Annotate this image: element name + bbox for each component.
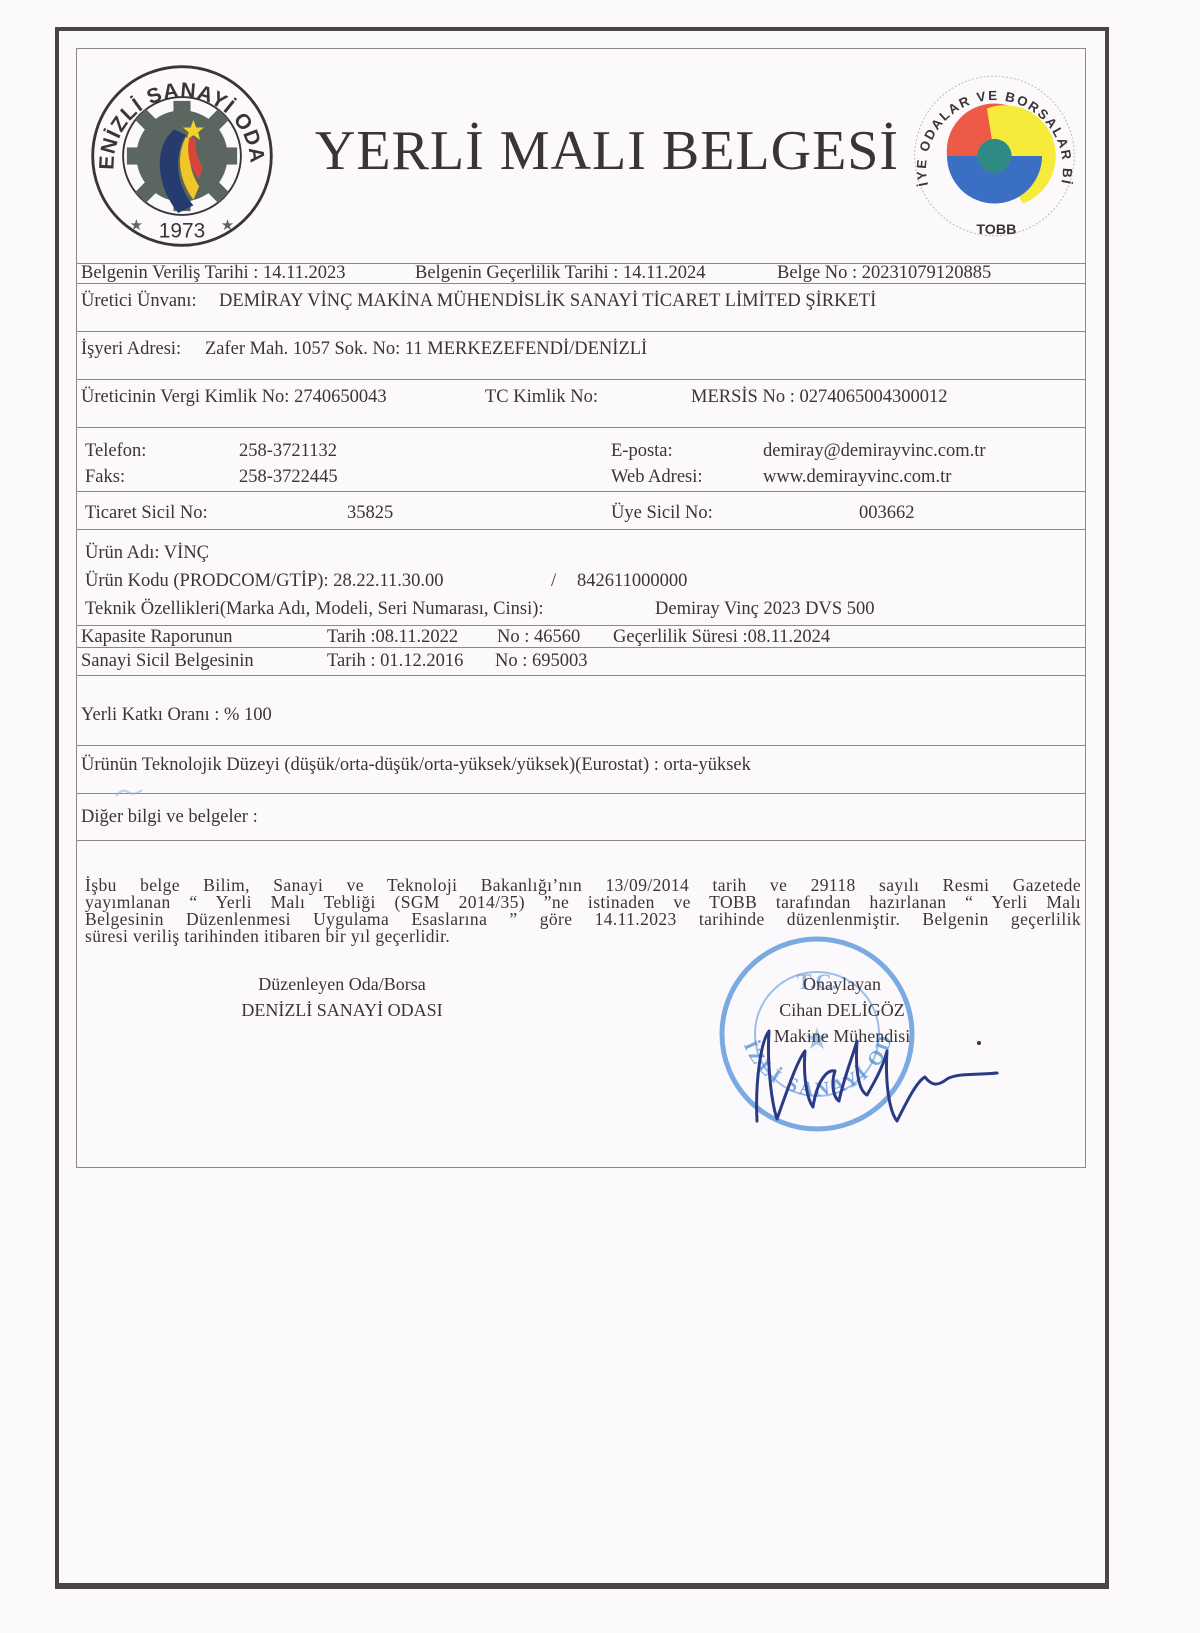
member-registry-value: 003662 — [859, 502, 915, 524]
svg-text:1973: 1973 — [159, 220, 205, 243]
approver-name: Cihan DELİGÖZ — [737, 997, 947, 1023]
document-number: Belge No : 20231079120885 — [777, 262, 991, 284]
email-value: demiray@demirayvinc.com.tr — [763, 440, 986, 462]
mersis-no: MERSİS No : 0274065004300012 — [691, 386, 947, 408]
address-value: Zafer Mah. 1057 Sok. No: 11 MERKEZEFENDİ… — [205, 338, 647, 360]
tc-id: TC Kimlik No: — [485, 386, 598, 408]
contact-row: Telefon: 258-3721132 Faks: 258-3722445 E… — [77, 427, 1085, 492]
svg-text:★: ★ — [221, 217, 235, 234]
industry-registry-no: No : 695003 — [495, 650, 588, 672]
issuer-block: Düzenleyen Oda/Borsa DENİZLİ SANAYİ ODAS… — [207, 971, 477, 1023]
technical-spec-value: Demiray Vinç 2023 DVS 500 — [655, 598, 875, 620]
web-value: www.demirayvinc.com.tr — [763, 466, 951, 488]
capacity-report-label: Kapasite Raporunun — [81, 626, 233, 648]
product-code-separator: / — [551, 570, 556, 592]
address-label: İşyeri Adresi: — [81, 338, 181, 360]
industry-registry-date: Tarih : 01.12.2016 — [327, 650, 463, 672]
trade-registry-label: Ticaret Sicil No: — [85, 502, 208, 524]
page-title: YERLİ MALI BELGESİ — [307, 119, 907, 183]
issuer-label: Düzenleyen Oda/Borsa — [207, 971, 477, 997]
issue-date: Belgenin Veriliş Tarihi : 14.11.2023 — [81, 262, 346, 284]
svg-text:★: ★ — [130, 217, 144, 234]
manufacturer-label: Üretici Ünvanı: — [81, 290, 197, 312]
dates-row: Belgenin Veriliş Tarihi : 14.11.2023 Bel… — [77, 263, 1085, 282]
email-label: E-posta: — [611, 440, 673, 462]
capacity-report-validity: Geçerlilik Süresi :08.11.2024 — [613, 626, 830, 648]
fax-value: 258-3722445 — [239, 466, 338, 488]
svg-text:TOBB: TOBB — [976, 222, 1016, 238]
ink-smudge-icon — [114, 786, 144, 800]
certificate-header: DENİZLİ SANAYİ ODASI 1973 ★ ★ YERLİ MALI… — [77, 49, 1085, 264]
registry-row: Ticaret Sicil No: 35825 Üye Sicil No: 00… — [77, 491, 1085, 530]
phone-value: 258-3721132 — [239, 440, 337, 462]
trade-registry-value: 35825 — [347, 502, 393, 524]
industry-registry-label: Sanayi Sicil Belgesinin — [81, 650, 254, 672]
issuer-name: DENİZLİ SANAYİ ODASI — [207, 997, 477, 1023]
address-row: İşyeri Adresi: Zafer Mah. 1057 Sok. No: … — [77, 331, 1085, 380]
other-docs-row: Diğer bilgi ve belgeler : — [77, 793, 1085, 841]
capacity-report-row: Kapasite Raporunun Tarih :08.11.2022 No … — [77, 625, 1085, 648]
signature-icon — [747, 1021, 1007, 1131]
product-code: Ürün Kodu (PRODCOM/GTİP): 28.22.11.30.00 — [85, 570, 444, 592]
manufacturer-row: Üretici Ünvanı: DEMİRAY VİNÇ MAKİNA MÜHE… — [77, 283, 1085, 332]
tobb-logo-icon: TÜRKİYE ODALAR VE BORSALAR BİRLİĞİ TOBB — [907, 61, 1082, 251]
validity-date: Belgenin Geçerlilik Tarihi : 14.11.2024 — [415, 262, 706, 284]
industry-registry-row: Sanayi Sicil Belgesinin Tarih : 01.12.20… — [77, 647, 1085, 676]
tax-id: Üreticinin Vergi Kimlik No: 2740650043 — [81, 386, 387, 408]
capacity-report-date: Tarih :08.11.2022 — [327, 626, 458, 648]
local-content-rate: Yerli Katkı Oranı : % 100 — [81, 704, 272, 726]
certificate-table: DENİZLİ SANAYİ ODASI 1973 ★ ★ YERLİ MALI… — [76, 48, 1086, 1168]
member-registry-label: Üye Sicil No: — [611, 502, 713, 524]
approver-label: Onaylayan — [737, 971, 947, 997]
technical-spec-label: Teknik Özellikleri(Marka Adı, Modeli, Se… — [85, 598, 544, 620]
tech-level-row: Ürünün Teknolojik Düzeyi (düşük/orta-düş… — [77, 745, 1085, 794]
fax-label: Faks: — [85, 466, 125, 488]
capacity-report-no: No : 46560 — [497, 626, 580, 648]
manufacturer-name: DEMİRAY VİNÇ MAKİNA MÜHENDİSLİK SANAYİ T… — [219, 290, 876, 312]
product-row: Ürün Adı: VİNÇ Ürün Kodu (PRODCOM/GTİP):… — [77, 529, 1085, 626]
ids-row: Üreticinin Vergi Kimlik No: 2740650043 T… — [77, 379, 1085, 428]
product-gtip: 842611000000 — [577, 570, 687, 592]
denizli-sanayi-odasi-logo-icon: DENİZLİ SANAYİ ODASI 1973 ★ ★ — [87, 61, 277, 251]
product-name: Ürün Adı: VİNÇ — [85, 542, 209, 564]
web-label: Web Adresi: — [611, 466, 703, 488]
other-docs-label: Diğer bilgi ve belgeler : — [81, 806, 258, 828]
phone-label: Telefon: — [85, 440, 146, 462]
local-content-row: Yerli Katkı Oranı : % 100 — [77, 675, 1085, 746]
technology-level: Ürünün Teknolojik Düzeyi (düşük/orta-düş… — [81, 754, 751, 776]
